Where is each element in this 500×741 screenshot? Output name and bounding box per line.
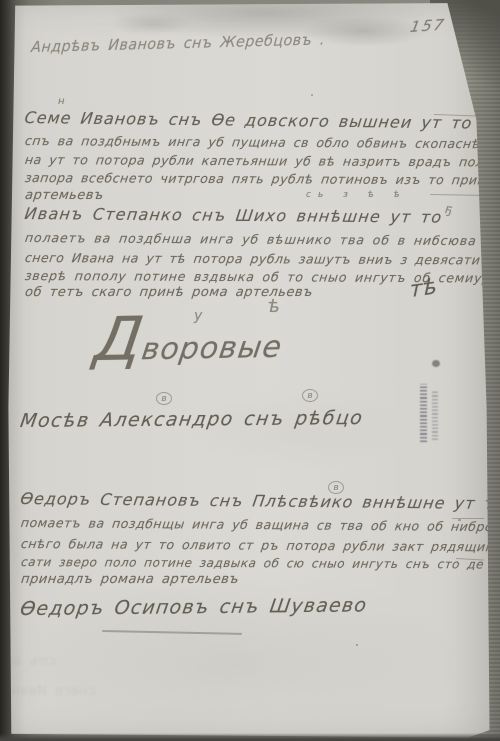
paper-speck [458, 519, 461, 521]
entry3-line: принадлъ романа артельевъ [20, 572, 240, 587]
entry2-sup-marks: сь з ѣ ѣ [306, 190, 407, 200]
manuscript-page: 157 Андрѣвъ Ивановъ снъ Жеребцовъ . н Се… [6, 2, 490, 739]
stamp-text-line [432, 390, 438, 440]
entry2-line: Иванъ Степанко снъ Шихо вннѣшне ут то [24, 204, 444, 227]
superscript-letter: в [156, 392, 172, 405]
stamp-text-line [420, 384, 427, 442]
fedor-name-line: Ѳедоръ Осиповъ снъ Шуваево [19, 594, 369, 620]
entry1-line: спъ ва поздбнымъ инга уб пущина св обло … [24, 133, 500, 152]
photograph-of-manuscript: 157 Андрѣвъ Ивановъ снъ Жеребцовъ . н Се… [0, 0, 500, 741]
entry1-line: запора всебснето читргова пять рублѣ пот… [24, 170, 500, 188]
entry1-sup-mark: н [58, 96, 65, 107]
interline-flourish: ѣ [268, 296, 281, 317]
entry1-line: Семе Ивановъ снъ Ѳе довского вышнеи ут т… [23, 108, 500, 133]
entry1-line: на ут то потора рубли капетьянши уб вѣ н… [24, 152, 500, 170]
entry2-line: снего Ивана на ут тѣ потора рубль зашутъ… [24, 250, 500, 267]
entry2-line: полаетъ ва поздбнша инга уб вѣшнико тва … [24, 230, 478, 248]
entry3-line: помаетъ ва поздбнщы инга уб ващина св тв… [20, 515, 500, 534]
page-bottom-shadow [0, 733, 500, 741]
paper-speck [356, 644, 358, 646]
entry3-line: сати зверо поло потине задвыка об сю сны… [20, 555, 500, 572]
entry1-line: артемьевъ [24, 188, 104, 203]
folio-number: 157 [409, 16, 447, 36]
header-name-line: Андрѣвъ Ивановъ снъ Жеребцовъ . [31, 30, 326, 56]
show-through-ghost-text: спъ ва поздбнымъ инга уб пущина св обло … [0, 654, 56, 669]
moisey-name-line: Мосѣв Александро снъ рѣбцо [19, 407, 365, 432]
margin-mark: ҕ [444, 202, 453, 218]
stamp-smudge [432, 360, 440, 367]
entry3-line: Ѳедоръ Степановъ снъ Плѣсвѣико вннѣшне у… [19, 489, 500, 513]
flourish-stroke [430, 194, 482, 196]
entry2-tail-flourish: тѣ [409, 274, 438, 303]
entry3-line: снѣго была на ут то олвито ст ръ потора … [20, 536, 500, 555]
underline-flourish [102, 630, 242, 635]
show-through-ghost-text: снего Ивана на ут тѣ потора рубль зашутъ… [0, 684, 96, 699]
superscript-letter: в [302, 389, 318, 402]
section-heading: Дворовые [92, 319, 287, 368]
paper-speck [311, 94, 313, 96]
